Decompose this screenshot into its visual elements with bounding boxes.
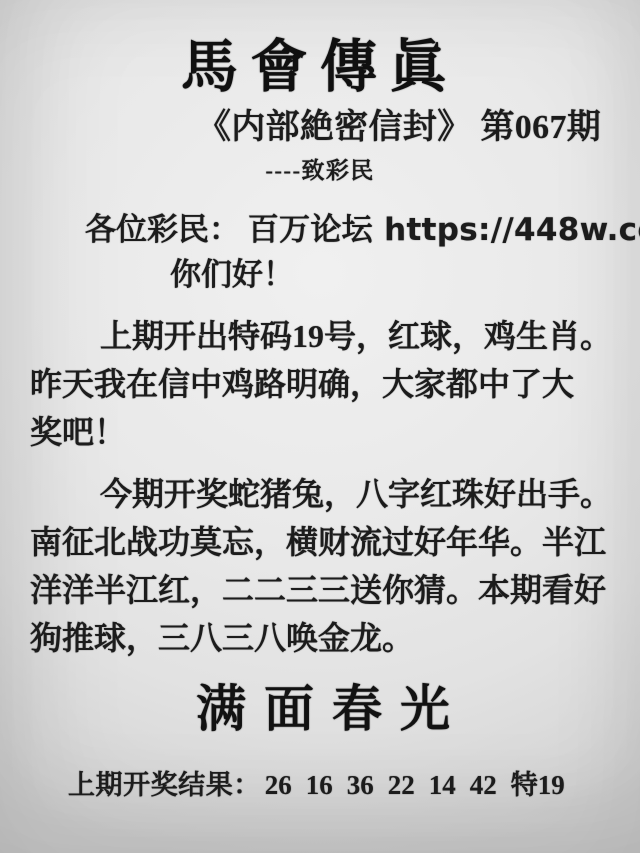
special-number: 特19	[511, 770, 565, 800]
issue-number: 第067期	[480, 109, 601, 146]
results-line: 上期开奖结果：261636221442特19	[68, 768, 610, 803]
paragraph-line: 昨天我在信中鸡路明确，大家都中了大	[30, 360, 610, 408]
result-number: 22	[388, 770, 415, 800]
forum-promo-text: 百万论坛 https://448w.com	[248, 212, 640, 248]
page-title: 馬會傳眞	[30, 34, 610, 102]
result-number: 26	[265, 770, 292, 800]
result-number: 36	[347, 770, 374, 800]
issue-line: 《内部絶密信封》 第067期	[30, 108, 610, 149]
paragraph-current-tip: 今期开奖蛇猪兔，八字红珠好出手。 南征北战功莫忘，横财流过好年华。半江 洋洋半江…	[30, 470, 610, 662]
salutation-text: 各位彩民：	[85, 212, 240, 247]
result-number: 42	[470, 770, 497, 800]
salutation-line: 各位彩民： 百万论坛 https://448w.com	[85, 211, 610, 250]
result-number: 14	[429, 770, 456, 800]
slogan-text: 满面春光	[30, 678, 610, 741]
leaflet-content: 馬會傳眞 《内部絶密信封》 第067期 ----致彩民 各位彩民： 百万论坛 h…	[0, 0, 640, 853]
result-number: 16	[306, 770, 333, 800]
paragraph-line: 上期开出特码19号，红球，鸡生肖。	[30, 312, 610, 360]
paragraph-last-draw: 上期开出特码19号，红球，鸡生肖。 昨天我在信中鸡路明确，大家都中了大 奖吧！	[30, 312, 610, 456]
paragraph-line: 狗推球，三八三八唤金龙。	[30, 614, 610, 662]
issue-bracket-text: 《内部絶密信封》	[197, 109, 472, 146]
paragraph-line: 洋洋半江红，二二三三送你猜。本期看好	[30, 566, 610, 614]
greeting-text: 你们好！	[170, 256, 610, 295]
dedication-line: ----致彩民	[30, 157, 610, 185]
paragraph-line: 奖吧！	[30, 408, 610, 456]
paragraph-line: 南征北战功莫忘，横财流过好年华。半江	[30, 518, 610, 566]
paragraph-line: 今期开奖蛇猪兔，八字红珠好出手。	[30, 470, 610, 518]
results-label: 上期开奖结果：	[68, 770, 261, 800]
leaflet-photo: 馬會傳眞 《内部絶密信封》 第067期 ----致彩民 各位彩民： 百万论坛 h…	[0, 0, 640, 853]
